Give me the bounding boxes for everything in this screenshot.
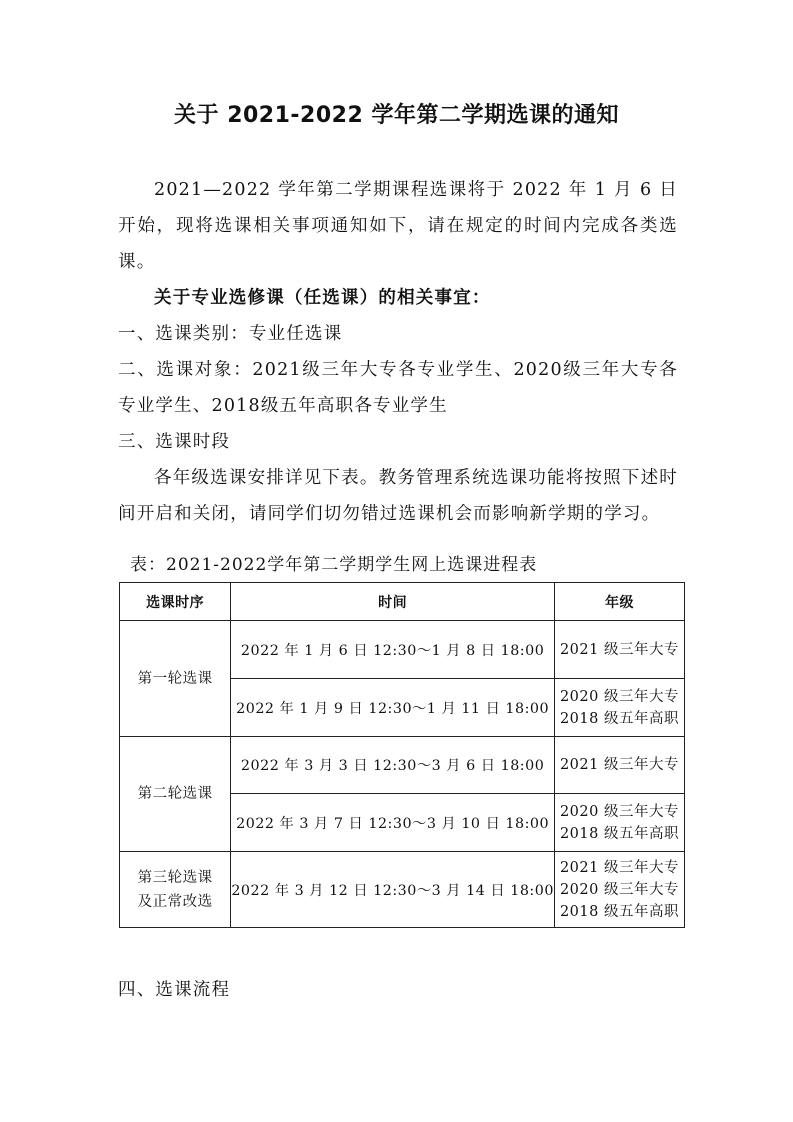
schedule-table: 选课时序 时间 年级 第一轮选课 2022 年 1 月 6 日 12:30～1 … (119, 582, 685, 928)
round-cell: 第三轮选课 及正常改选 (120, 852, 231, 928)
grade-line: 2020 级三年大专 (555, 686, 684, 708)
item-course-target: 二、选课对象：2021级三年大专各专业学生、2020级三年大专各专业学生、201… (118, 352, 678, 424)
table-header-row: 选课时序 时间 年级 (120, 583, 685, 621)
grade-line: 2018 级五年高职 (555, 823, 684, 845)
grade-line: 2021 级三年大专 (555, 754, 684, 776)
round-line: 第三轮选课 (120, 866, 230, 890)
time-cell: 2022 年 3 月 12 日 12:30～3 月 14 日 18:00 (231, 852, 555, 928)
item-course-process: 四、选课流程 (118, 972, 230, 1008)
schedule-paragraph: 各年级选课安排详见下表。教务管理系统选课功能将按照下述时间开启和关闭，请同学们切… (118, 460, 678, 532)
grade-line: 2020 级三年大专 (555, 879, 684, 901)
time-cell: 2022 年 3 月 7 日 12:30～3 月 10 日 18:00 (231, 794, 555, 852)
grade-line: 2021 级三年大专 (555, 639, 684, 661)
round-line: 及正常改选 (120, 890, 230, 914)
table-row: 第二轮选课 2022 年 3 月 3 日 12:30～3 月 6 日 18:00… (120, 737, 685, 794)
grade-line: 2021 级三年大专 (555, 857, 684, 879)
round-cell: 第二轮选课 (120, 737, 231, 852)
item-course-period: 三、选课时段 (118, 424, 230, 460)
grade-line: 2018 级五年高职 (555, 708, 684, 730)
section-heading: 关于专业选修课（任选课）的相关事宜： (154, 280, 491, 316)
time-cell: 2022 年 1 月 6 日 12:30～1 月 8 日 18:00 (231, 621, 555, 679)
table-row: 第一轮选课 2022 年 1 月 6 日 12:30～1 月 8 日 18:00… (120, 621, 685, 679)
table-row: 第三轮选课 及正常改选 2022 年 3 月 12 日 12:30～3 月 14… (120, 852, 685, 928)
document-page: 关于 2021-2022 学年第二学期选课的通知 2021—2022 学年第二学… (0, 0, 793, 1122)
table-caption: 表：2021-2022学年第二学期学生网上选课进程表 (130, 552, 537, 578)
grade-cell: 2020 级三年大专 2018 级五年高职 (554, 794, 684, 852)
intro-paragraph: 2021—2022 学年第二学期课程选课将于 2022 年 1 月 6 日开始，… (118, 172, 678, 280)
time-cell: 2022 年 3 月 3 日 12:30～3 月 6 日 18:00 (231, 737, 555, 794)
time-cell: 2022 年 1 月 9 日 12:30～1 月 11 日 18:00 (231, 679, 555, 737)
document-title: 关于 2021-2022 学年第二学期选课的通知 (0, 98, 793, 129)
grade-cell: 2020 级三年大专 2018 级五年高职 (554, 679, 684, 737)
header-grade: 年级 (554, 583, 684, 621)
grade-cell: 2021 级三年大专 2020 级三年大专 2018 级五年高职 (554, 852, 684, 928)
grade-line: 2020 级三年大专 (555, 801, 684, 823)
item-course-category: 一、选课类别：专业任选课 (118, 316, 342, 352)
header-round: 选课时序 (120, 583, 231, 621)
grade-cell: 2021 级三年大专 (554, 737, 684, 794)
grade-line: 2018 级五年高职 (555, 901, 684, 923)
round-cell: 第一轮选课 (120, 621, 231, 737)
grade-cell: 2021 级三年大专 (554, 621, 684, 679)
header-time: 时间 (231, 583, 555, 621)
